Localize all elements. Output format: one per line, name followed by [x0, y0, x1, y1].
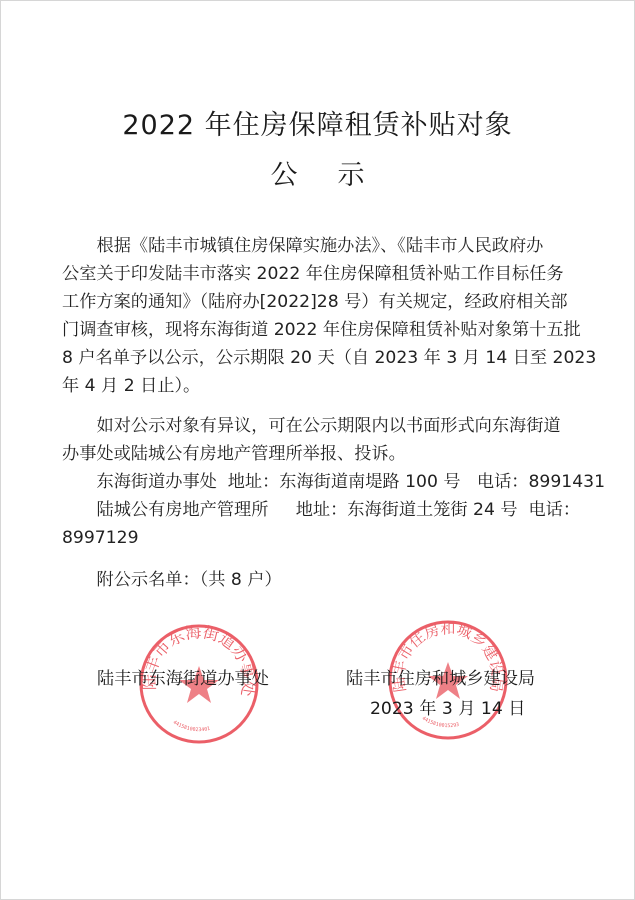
text-line: 办事处或陆城公有房地产管理所举报、投诉。 — [62, 440, 564, 468]
document-title: 2022 年住房保障租赁补贴对象 — [0, 103, 635, 142]
text-line: 8 户名单予以公示，公示期限 20 天（自 2023 年 3 月 14 日至 2… — [62, 344, 564, 372]
contact-street-office: 东海街道办事处 地址：东海街道南堤路 100 号 电话：8991431 — [62, 468, 564, 496]
document-subtitle: 公示 — [0, 153, 635, 192]
text-line: 年 4 月 2 日止）。 — [62, 372, 564, 400]
text-line: 门调查审核，现将东海街道 2022 年住房保障租赁补贴对象第十五批 — [62, 316, 564, 344]
signature-housing-bureau: 陆丰市住房和城乡建设局 — [346, 664, 535, 689]
basis-paragraph: 根据《陆丰市城镇住房保障实施办法》、《陆丰市人民政府办 公室关于印发陆丰市落实 … — [62, 232, 564, 400]
subtitle-char-1: 公 — [271, 153, 298, 192]
contact-housing-office: 陆城公有房地产管理所 地址：东海街道土笼街 24 号 电话： 8997129 — [62, 496, 564, 552]
text-line: 根据《陆丰市城镇住房保障实施办法》、《陆丰市人民政府办 — [62, 232, 564, 260]
text-line: 如对公示对象有异议，可在公示期限内以书面形式向东海街道 — [62, 412, 564, 440]
text-line: 工作方案的通知》（陆府办[2022]28 号）有关规定，经政府相关部 — [62, 288, 564, 316]
subtitle-char-2: 示 — [338, 153, 365, 192]
text-line: 东海街道办事处 地址：东海街道南堤路 100 号 电话：8991431 — [62, 468, 564, 496]
objection-paragraph: 如对公示对象有异议，可在公示期限内以书面形式向东海街道 办事处或陆城公有房地产管… — [62, 412, 564, 468]
text-line: 陆城公有房地产管理所 地址：东海街道土笼街 24 号 电话： — [62, 496, 564, 524]
svg-text:4415810023401: 4415810023401 — [172, 720, 211, 734]
text-line: 8997129 — [62, 524, 564, 552]
attachment-note: 附公示名单：（共 8 户） — [62, 566, 564, 594]
text-line: 附公示名单：（共 8 户） — [62, 566, 564, 594]
text-line: 公室关于印发陆丰市落实 2022 年住房保障租赁补贴工作目标任务 — [62, 260, 564, 288]
signature-street-office: 陆丰市东海街道办事处 — [97, 664, 269, 689]
signature-date: 2023 年 3 月 14 日 — [370, 694, 525, 719]
